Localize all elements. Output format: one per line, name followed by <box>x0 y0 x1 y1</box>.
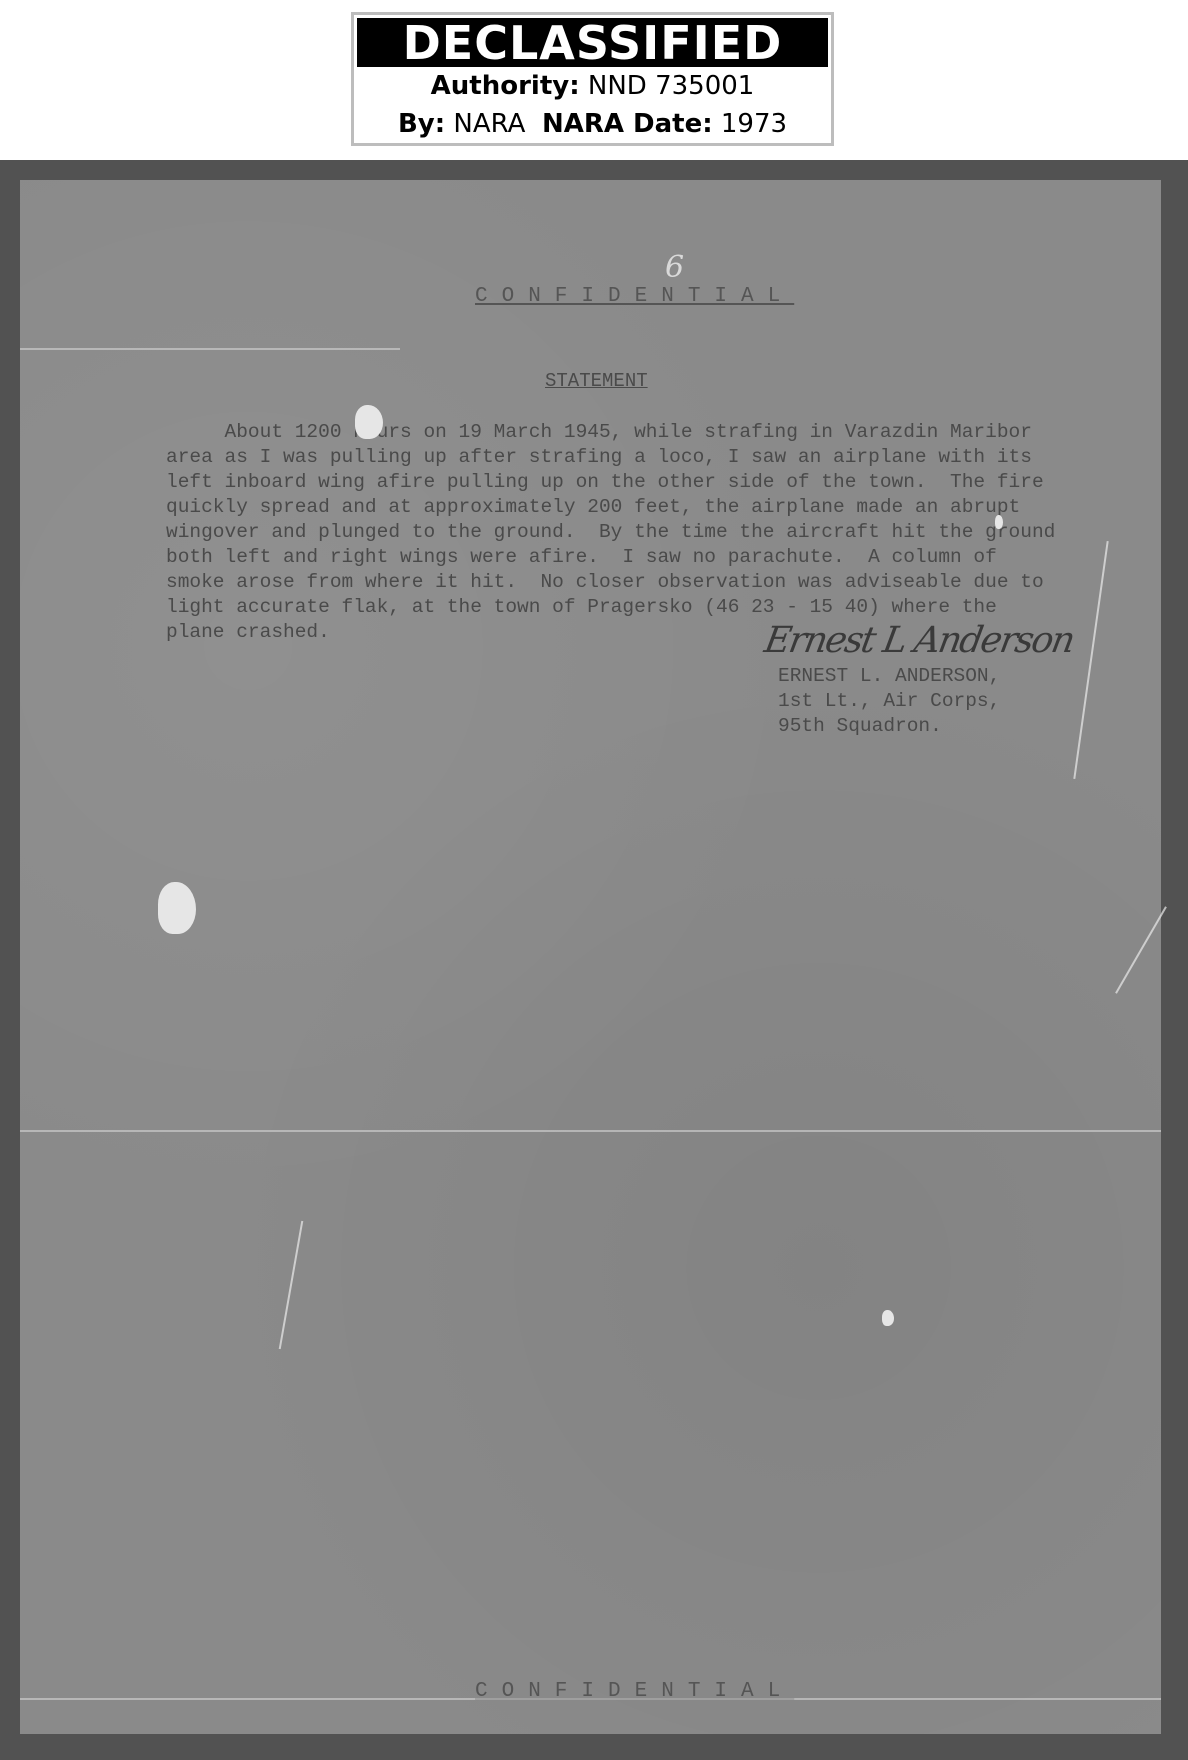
statement-heading: STATEMENT <box>545 370 648 392</box>
date-label: NARA Date: <box>542 109 713 139</box>
scanned-page-frame: 6 CONFIDENTIAL STATEMENT About 1200 hour… <box>0 160 1188 1760</box>
handwritten-signature: Ernest L Anderson <box>761 620 1076 661</box>
classification-header: CONFIDENTIAL <box>475 285 794 308</box>
signatory-unit: 95th Squadron. <box>778 714 1000 739</box>
signatory-name: ERNEST L. ANDERSON, <box>778 664 1000 689</box>
scan-line <box>20 348 400 350</box>
authority-label: Authority: <box>431 71 580 101</box>
paper-scratch <box>279 1221 304 1349</box>
signature-block: ERNEST L. ANDERSON,1st Lt., Air Corps,95… <box>778 664 1000 739</box>
stamp-authority: Authority: NND 735001 <box>354 71 831 101</box>
document-page: 6 CONFIDENTIAL STATEMENT About 1200 hour… <box>20 180 1161 1734</box>
paper-blemish <box>355 405 383 439</box>
paper-blemish <box>158 882 196 934</box>
page-number: 6 <box>665 250 684 285</box>
declassified-stamp: DECLASSIFIED Authority: NND 735001 By: N… <box>351 12 834 146</box>
statement-body: About 1200 hours on 19 March 1945, while… <box>166 420 1096 645</box>
paper-blemish <box>882 1310 894 1326</box>
scan-line <box>20 1130 1161 1132</box>
stamp-title: DECLASSIFIED <box>357 18 828 67</box>
date-value: 1973 <box>721 109 787 139</box>
by-label: By: <box>398 109 445 139</box>
stamp-by-date: By: NARA NARA Date: 1973 <box>354 109 831 139</box>
paper-blemish <box>995 515 1003 529</box>
signatory-rank: 1st Lt., Air Corps, <box>778 689 1000 714</box>
by-value: NARA <box>453 109 525 139</box>
authority-value: NND 735001 <box>588 71 754 101</box>
paper-scratch <box>1115 906 1167 994</box>
scan-line <box>20 1698 1161 1700</box>
